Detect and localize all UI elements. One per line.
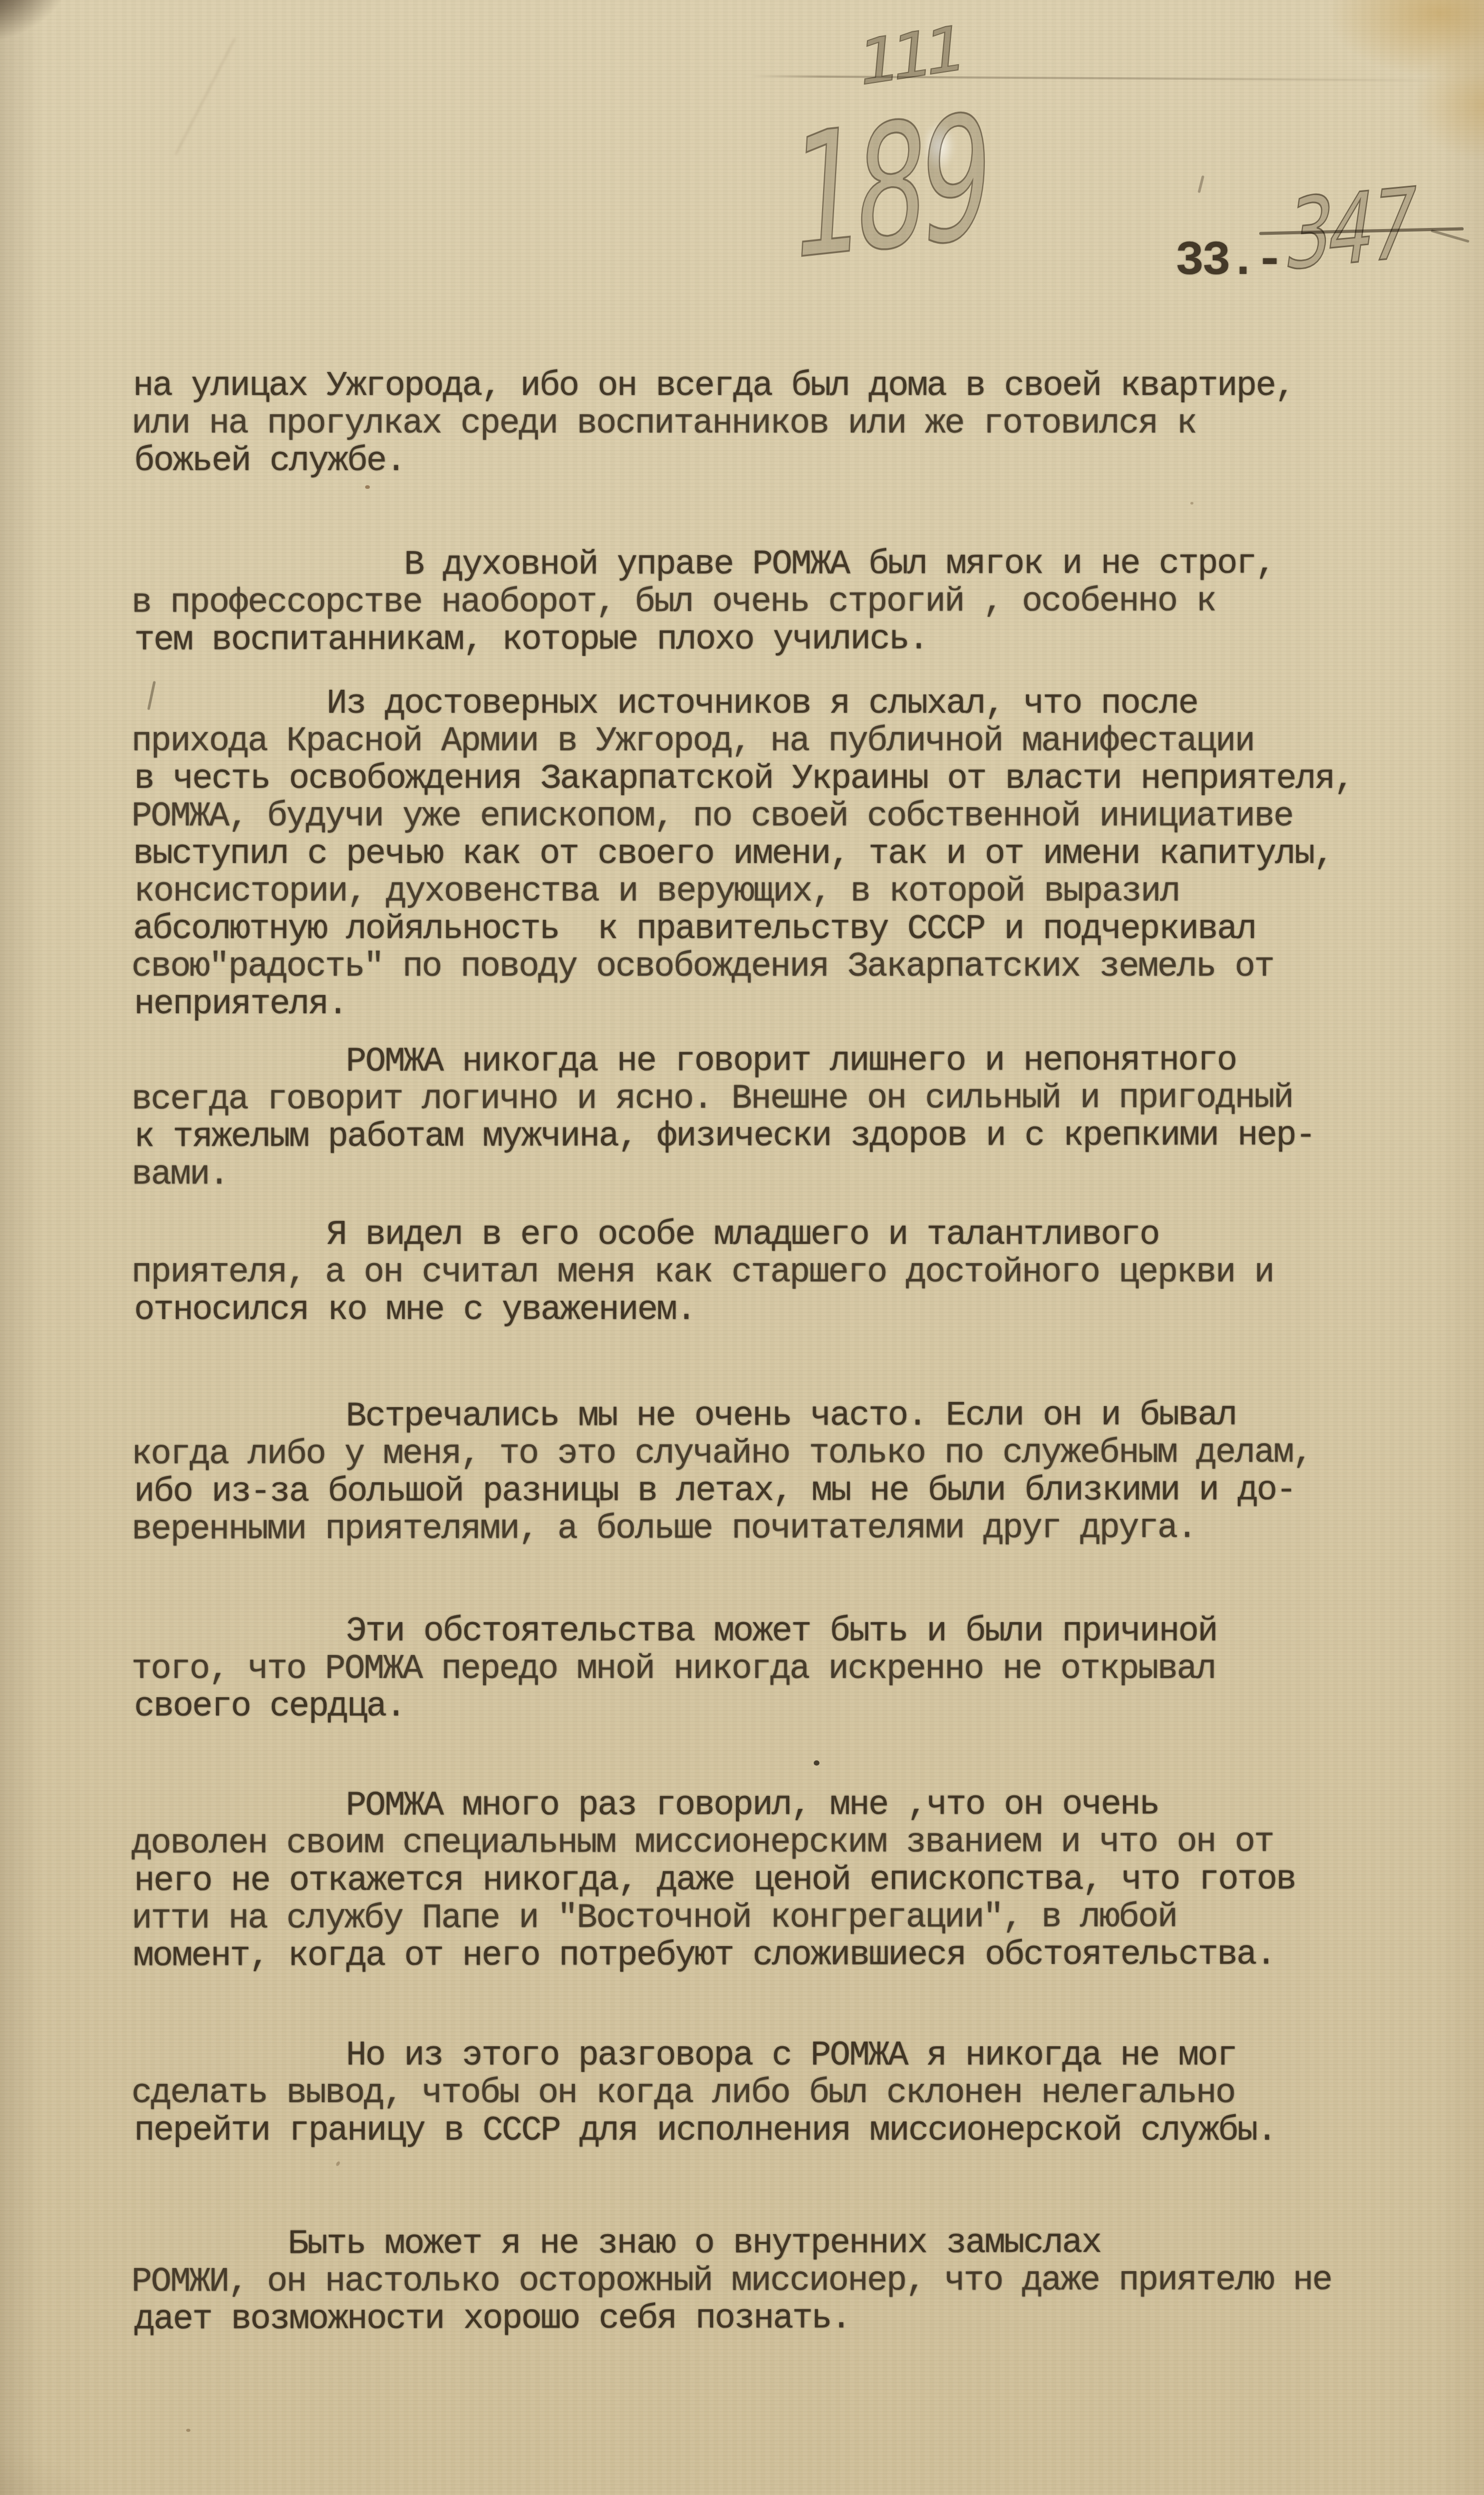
typed-line: Быть может я не знаю о внутренних замысл… <box>133 2224 1333 2263</box>
paragraph: Из достоверных источников я слыхал, что … <box>133 685 1353 1023</box>
paragraph: Но из этого разговора с РОМЖА я никогда … <box>133 2037 1275 2150</box>
typed-line: в честь освобождения Закарпатской Украин… <box>134 760 1354 798</box>
document-page: 111 189 347 33.- на улицах Ужгорода, ибо… <box>0 0 1484 2495</box>
typed-line: или на прогулках среди воспитанников или… <box>131 405 1293 442</box>
typed-line: момент, когда от него потребуют сложивши… <box>133 1936 1294 1975</box>
typed-line: сделать вывод, чтобы он когда либо был с… <box>131 2074 1273 2112</box>
paragraph: Быть может я не знаю о внутренних замысл… <box>133 2224 1333 2338</box>
typed-line: Эти обстоятельства может быть и были при… <box>133 1613 1217 1650</box>
typed-line: РОМЖИ, он настолько осторожный миссионер… <box>131 2261 1332 2300</box>
typed-line: относился ко мне с уважением. <box>134 1291 1276 1329</box>
paragraph: Эти обстоятельства может быть и были при… <box>133 1613 1217 1725</box>
typed-line: в профессорстве наоборот, был очень стро… <box>131 582 1273 621</box>
typed-line: В духовной управе РОМЖА был мягок и не с… <box>133 545 1275 584</box>
typed-line: Но из этого разговора с РОМЖА я никогда … <box>133 2037 1275 2074</box>
typed-line: веренными приятелями, а больше почитател… <box>131 1509 1312 1548</box>
paragraph: РОМЖА никогда не говорит лишнего и непон… <box>133 1041 1314 1193</box>
typed-line: вами. <box>131 1154 1312 1193</box>
typed-line: того, что РОМЖА передо мной никогда искр… <box>131 1650 1215 1688</box>
typed-line: прихода Красной Армии в Ужгород, на публ… <box>131 723 1351 760</box>
paragraph: на улицах Ужгорода, ибо он всегда был до… <box>133 367 1294 480</box>
paragraph: Встречались мы не очень часто. Если он и… <box>133 1396 1314 1548</box>
typed-line: дает возможности хорошо себя познать. <box>134 2299 1334 2338</box>
typed-line: него не откажется никогда, даже ценой еп… <box>134 1861 1295 1900</box>
document-body: на улицах Ужгорода, ибо он всегда был до… <box>133 0 1484 2495</box>
typed-line: к тяжелым работам мужчина, физически здо… <box>134 1117 1315 1156</box>
typed-line: неприятеля. <box>134 986 1354 1023</box>
typed-line: на улицах Ужгорода, ибо он всегда был до… <box>133 367 1294 405</box>
typed-line: божьей службе. <box>134 442 1295 480</box>
typed-line: Я видел в его особе младшего и талантлив… <box>133 1216 1275 1254</box>
typed-line: РОМЖА много раз говорил, мне ,что он оче… <box>133 1785 1294 1825</box>
typed-line: выступил с речью как от своего имени, та… <box>133 835 1353 873</box>
typed-line: Встречались мы не очень часто. Если он и… <box>133 1396 1314 1435</box>
page-left-edge <box>0 0 33 522</box>
typed-line: абсолютную лойяльность к правительству С… <box>133 910 1353 948</box>
typed-line: доволен своим специальным миссионерским … <box>131 1823 1293 1862</box>
typed-line: всегда говорит логично и ясно. Внешне он… <box>131 1079 1312 1118</box>
typed-line: консистории, духовенства и верующих, в к… <box>134 873 1354 910</box>
typed-line: РОМЖА, будучи уже епископом, по своей со… <box>131 798 1351 835</box>
typed-line: приятеля, а он считал меня как старшего … <box>131 1254 1273 1291</box>
paragraph: В духовной управе РОМЖА был мягок и не с… <box>133 545 1275 659</box>
typed-line: перейти границу в СССР для исполнения ми… <box>134 2112 1276 2150</box>
typed-line: свою"радость" по поводу освобождения Зак… <box>131 948 1351 986</box>
paragraph: РОМЖА много раз говорил, мне ,что он оче… <box>133 1785 1295 1975</box>
paragraph: Я видел в его особе младшего и талантлив… <box>133 1216 1275 1329</box>
typed-line: итти на службу Папе и "Восточной конгрег… <box>131 1898 1293 1937</box>
typed-line: когда либо у меня, то это случайно тольк… <box>131 1434 1312 1473</box>
typed-line: тем воспитанникам, которые плохо учились… <box>134 620 1276 659</box>
typed-line: ибо из-за большой разницы в летах, мы не… <box>134 1471 1315 1510</box>
typed-line: своего сердца. <box>134 1688 1218 1725</box>
typed-line: РОМЖА никогда не говорит лишнего и непон… <box>133 1041 1314 1081</box>
typed-line: Из достоверных источников я слыхал, что … <box>133 685 1353 723</box>
